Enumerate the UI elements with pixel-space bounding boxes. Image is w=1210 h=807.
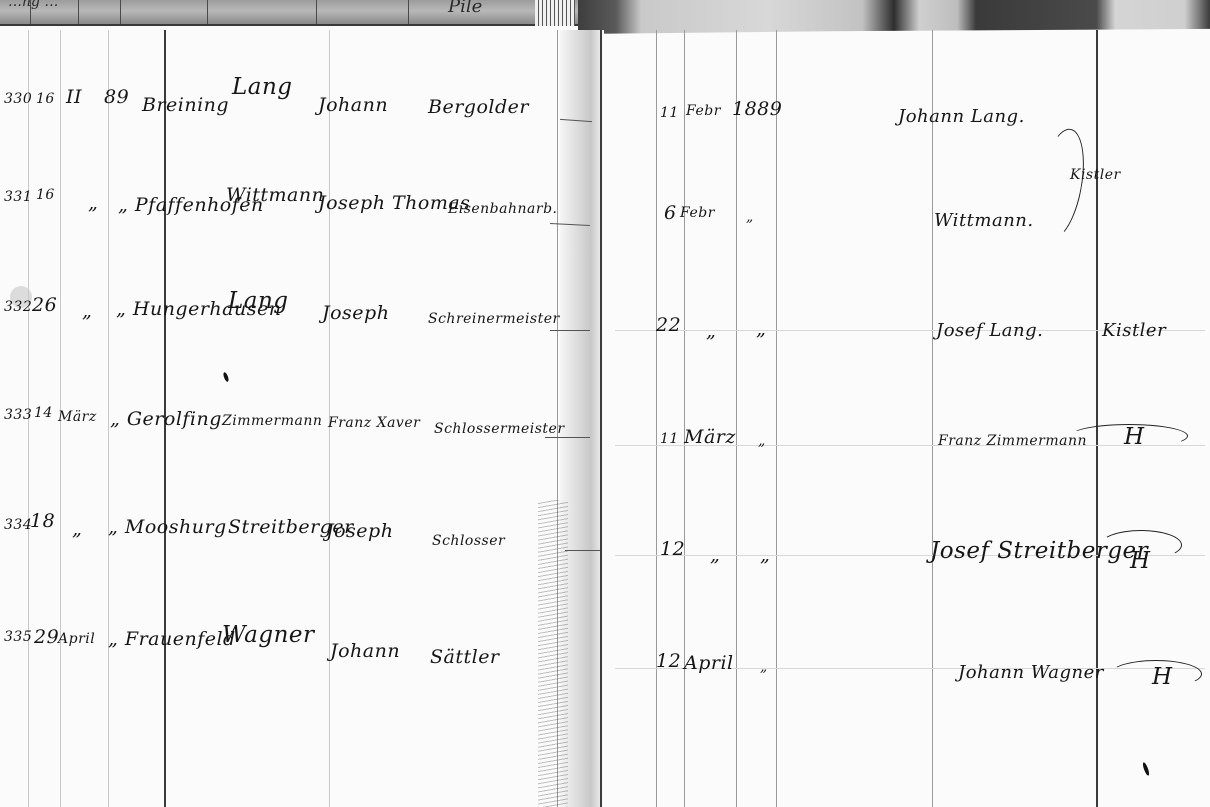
entry-day: 16 [36, 92, 55, 106]
signature: Wittmann. [934, 212, 1034, 230]
entry-occupation: Schlosser [432, 534, 505, 548]
signature: Josef Lang. [936, 322, 1043, 340]
registration-month: „ [710, 546, 720, 565]
row-line [550, 330, 590, 331]
entry-occupation: Schreinermeister [428, 312, 560, 326]
entry-month: „ [82, 302, 92, 321]
ruling-line [684, 30, 685, 807]
entry-occupation: Schlossermeister [434, 422, 565, 436]
row-line [545, 437, 590, 438]
entry-surname: Zimmermann [222, 414, 322, 428]
ruling-line [776, 30, 777, 807]
registration-month: März [684, 428, 736, 447]
registration-day: 12 [656, 652, 681, 671]
entry-day: 18 [30, 512, 55, 531]
witness-mark: H [1124, 426, 1145, 449]
witness-signature: Kistler [1102, 322, 1166, 340]
entry-occupation: Bergolder [428, 98, 529, 117]
registration-year: „ [758, 434, 766, 448]
registration-day: 11 [660, 106, 679, 120]
registration-month: April [684, 654, 734, 673]
entry-month: „ [72, 520, 82, 539]
ruling-line-main [1096, 30, 1098, 807]
entry-place: Breining [142, 96, 229, 115]
brace-mark [1031, 125, 1092, 243]
left-page-header-strip: …ng … Pile [0, 0, 578, 26]
spine-ribs [535, 0, 575, 26]
entry-day: 29 [34, 628, 59, 647]
entry-day: 16 [36, 188, 55, 202]
entry-given-name: Joseph [322, 304, 389, 323]
entry-occupation: Sättler [430, 648, 500, 667]
witness-signature: Kistler [1070, 168, 1121, 182]
entry-surname: Lang [228, 290, 289, 313]
entry-number: 331 [4, 190, 32, 204]
registration-day: 11 [660, 432, 679, 446]
ink-blot [1142, 762, 1151, 777]
page-edge [600, 30, 602, 807]
entry-given-name: Joseph [326, 522, 393, 541]
ledger-scan: …ng … Pile 330 16 II 89 Breining Lang Jo… [0, 0, 1210, 807]
ruling-line [656, 30, 657, 807]
header-fragment: …ng … [8, 0, 58, 10]
entry-number: 333 [4, 408, 32, 422]
signature: Johann Wagner [958, 664, 1104, 682]
registration-month: Febr [680, 206, 715, 220]
entry-given-name: Johann [318, 96, 388, 115]
entry-month: April [58, 632, 95, 646]
witness-mark: H [1130, 550, 1151, 573]
entry-place: „ Mooshurg [108, 518, 227, 537]
entry-day: 26 [32, 296, 57, 315]
gutter-bleed [538, 500, 568, 807]
registration-day: 12 [660, 540, 685, 559]
entry-surname: Wagner [222, 624, 315, 647]
entry-surname: Wittmann [226, 186, 324, 205]
header-word: Pile [448, 0, 482, 17]
entry-given-name: Johann [330, 642, 400, 661]
entry-month: „ [88, 194, 98, 213]
entry-surname: Lang [232, 76, 293, 99]
registration-year: 1889 [732, 100, 782, 119]
entry-place: „ Frauenfeld [108, 630, 236, 649]
entry-given-name: Franz Xaver [328, 416, 420, 430]
entry-month: März [58, 410, 97, 424]
entry-occupation: Eisenbahnarb. [448, 202, 557, 216]
ink-blot [222, 372, 229, 383]
registration-day: 6 [664, 204, 677, 223]
registration-month: Febr [686, 104, 721, 118]
entry-month: II [66, 88, 82, 107]
right-page-cover-strip [578, 0, 1210, 34]
ruling-line [736, 30, 737, 807]
registration-year: „ [746, 210, 754, 224]
registration-year: „ [756, 320, 766, 339]
entry-year: 89 [104, 88, 129, 107]
registration-year: „ [760, 546, 770, 565]
registration-day: 22 [656, 316, 681, 335]
entry-day: 14 [34, 406, 53, 420]
registration-year: „ [760, 660, 768, 674]
registration-month: „ [706, 322, 716, 341]
entry-place: „ Gerolfing [110, 410, 222, 429]
entry-number: 335 [4, 630, 32, 644]
signature: Franz Zimmermann [938, 434, 1087, 448]
entry-number: 332 [4, 300, 32, 314]
signature: Johann Lang. [898, 108, 1025, 126]
witness-mark: H [1152, 666, 1173, 689]
ruling-line [108, 30, 109, 807]
entry-number: 334 [4, 518, 32, 532]
entry-number: 330 [4, 92, 32, 106]
row-line [565, 550, 600, 551]
ruling-line [932, 30, 933, 807]
